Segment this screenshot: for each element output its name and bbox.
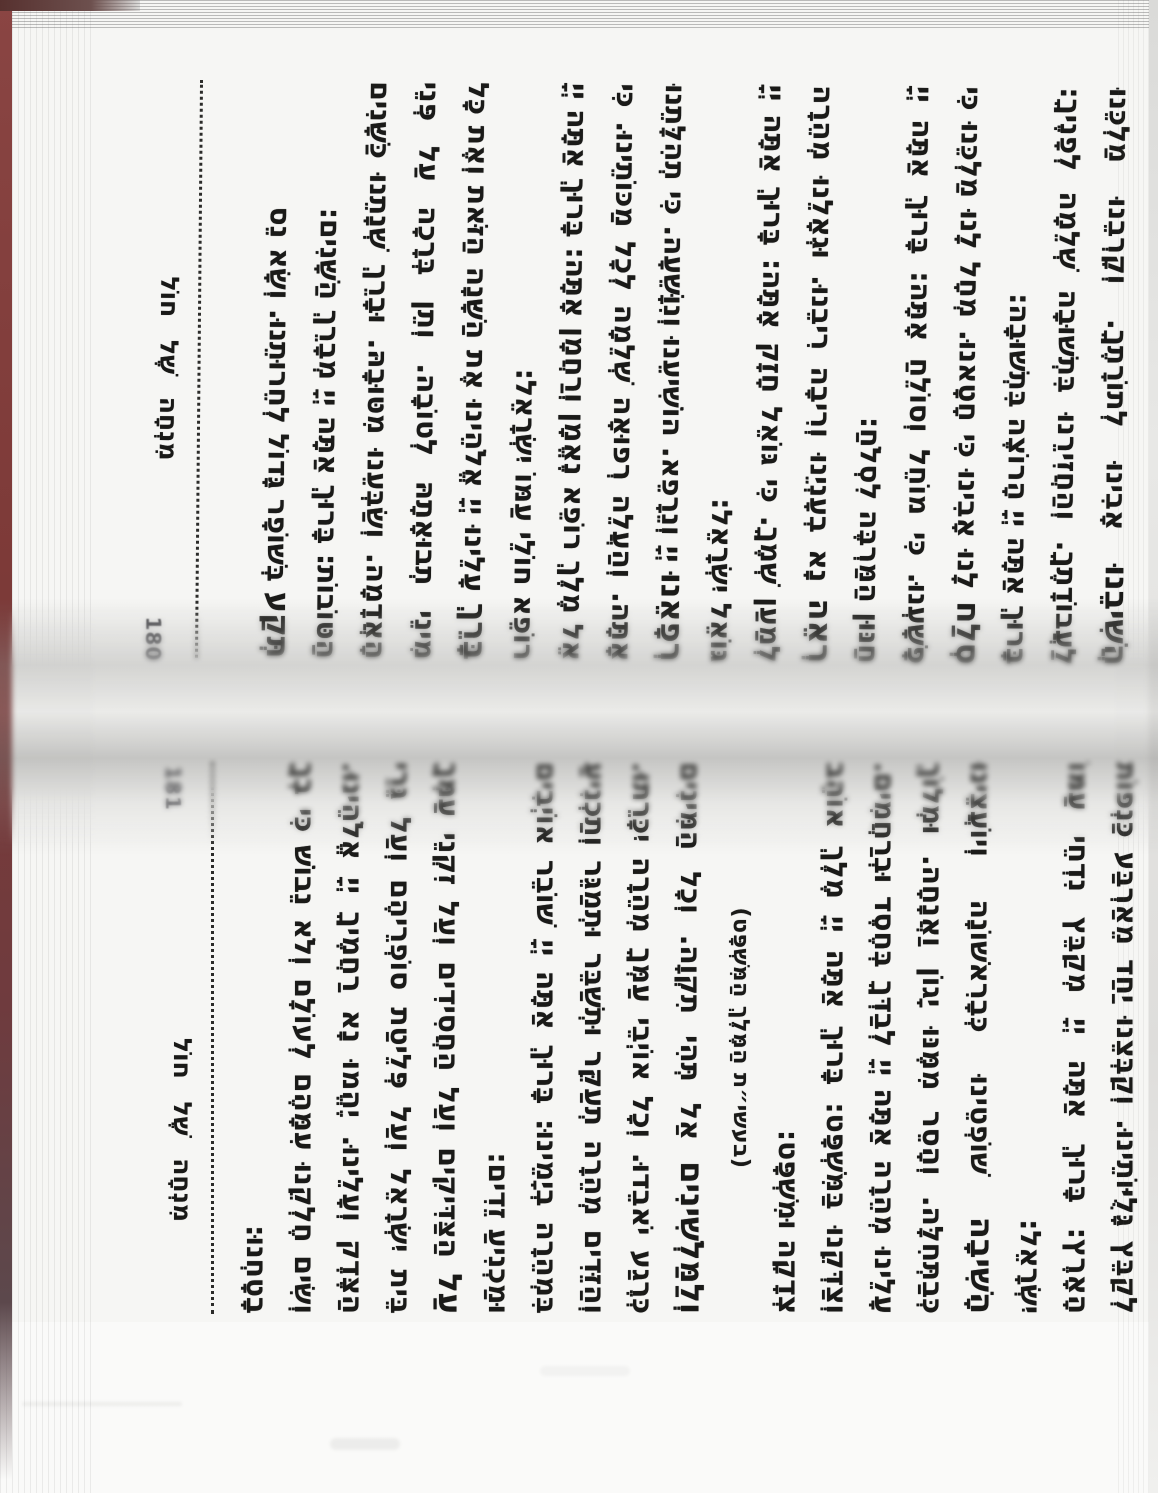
scan-smudge: [330, 1438, 400, 1450]
paragraph-text: בְּשׁוֹפָר גָּדוֹל לְחֵרוּתֵנוּ. וְשָׂא …: [261, 206, 297, 591]
paragraph: עַל הַצַּדִּיקִים וְעַל הַחֲסִידִים וְעַ…: [232, 762, 474, 1314]
page-edge-right: [1149, 0, 1158, 1493]
page-180-body: הֲשִׁיבֵנוּ אָבִינוּ לְתוֹרָתֶךָ. וְקָרְ…: [214, 80, 1145, 666]
page-180: הֲשִׁיבֵנוּ אָבִינוּ לְתוֹרָתֶךָ. וְקָרְ…: [86, 79, 1145, 666]
paragraph-lead: עַל: [431, 1273, 469, 1314]
scanner-streaks-left: [0, 0, 96, 1493]
page-number: 180: [141, 617, 165, 662]
paragraph: תְּקַע בְּשׁוֹפָר גָּדוֹל לְחֵרוּתֵנוּ. …: [252, 80, 307, 658]
scanner-streaks-top: [0, 0, 1158, 30]
book-cover-corner: [0, 0, 140, 11]
running-title: מִנְחָה שֶׁל חוֹל: [152, 79, 186, 657]
page-number: 181: [161, 766, 185, 811]
paragraph-lead: בָּרֵךְ: [456, 603, 494, 661]
paragraph: רְאֵה נָא בְעָנְיֵנוּ וְרִיבָה רִיבֵנוּ.…: [696, 84, 849, 663]
paragraph-lead: סְלַח: [949, 601, 988, 664]
paragraph-text: הַצַּדִּיקִים וְעַל הַחֲסִידִים וְעַל זִ…: [240, 762, 465, 1314]
page-curl-highlight: [0, 1322, 1158, 1493]
paragraph-lead: רְפָאֵנוּ: [653, 573, 692, 662]
scan-smudge: [540, 1366, 630, 1376]
paragraph-lead: רְאֵה: [801, 598, 840, 663]
page-181-body: לְקַבֵּץ גָּלֻיּוֹתֵינוּ. וְקַבְּצֵנוּ י…: [230, 762, 1152, 1314]
page-180-footer: מִנְחָה שֶׁל חוֹל 180: [97, 79, 203, 658]
paragraph-text: עָלֵינוּ יְיָ אֱלֹהֵינוּ אֶת הַשָּׁנָה ה…: [310, 81, 495, 660]
paragraph: וְלַמַּלְשִׁינִים אַל תְּהִי תִקְוָה. וְ…: [474, 762, 716, 1314]
paragraph-lead: הָשִׁיבָה: [963, 1217, 1001, 1314]
page-181: לְקַבֵּץ גָּלֻיּוֹתֵינוּ. וְקַבְּצֵנוּ י…: [110, 762, 1152, 1314]
paragraph: סְלַח לָנוּ אָבִינוּ כִּי חָטָאנוּ. מְחָ…: [844, 85, 997, 664]
paragraph: הָשִׁיבָה שׁוֹפְטֵינוּ כְּבָרִאשׁוֹנָה ו…: [764, 762, 1006, 1314]
paragraph: רְפָאֵנוּ יְיָ וְנֵרָפֵא. הוֹשִׁיעֵנוּ ו…: [499, 82, 701, 662]
page-181-footer: מִנְחָה שֶׁל חוֹל 181: [113, 762, 214, 1314]
paragraph: בָּרֵךְ עָלֵינוּ יְיָ אֱלֹהֵינוּ אֶת הַש…: [302, 81, 504, 661]
paragraph-text: לָנוּ אָבִינוּ כִּי חָטָאנוּ. מְחָל לָנו…: [852, 86, 988, 664]
holiday-insert-note: (בעשי״ת הַמֶּלֶךְ הַמִּשְׁפָּט): [716, 762, 764, 1314]
book-cover-spine: [0, 0, 12, 1480]
paragraph-lead: וְלַמַּלְשִׁינִים: [673, 1161, 711, 1314]
paragraph-text: נָא בְעָנְיֵנוּ וְרִיבָה רִיבֵנוּ. וּגְא…: [704, 85, 840, 663]
running-title: מִנְחָה שֶׁל חוֹל: [168, 762, 197, 1314]
paragraph-lead: תְּקַע: [259, 592, 298, 659]
